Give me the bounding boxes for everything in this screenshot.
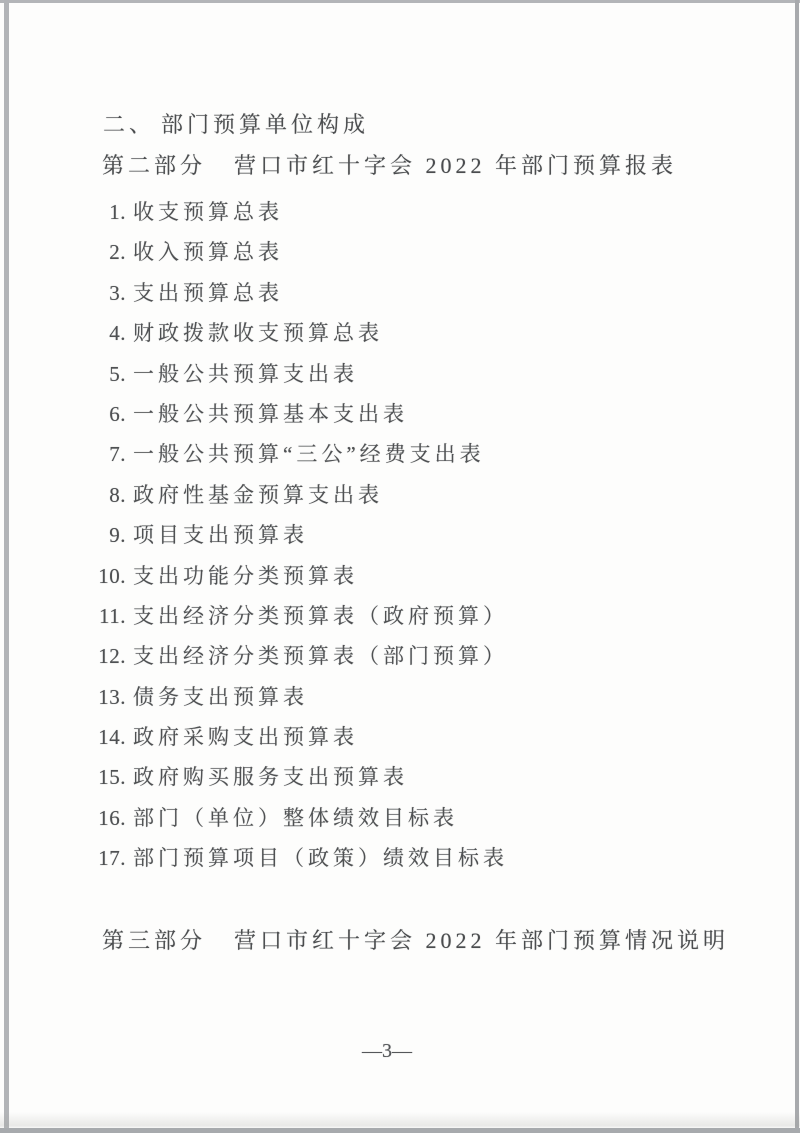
list-item-label: 支出经济分类预算表（政府预算） (133, 596, 508, 636)
part2-title: 营口市红十字会 2022 年部门预算报表 (234, 153, 677, 178)
list-item: 11.支出经济分类预算表（政府预算） (82, 596, 508, 636)
list-item-number: 2. (82, 232, 126, 272)
list-item-number: 5. (82, 354, 126, 394)
list-item-label: 项目支出预算表 (133, 515, 308, 555)
scan-edge-bottom (0, 1128, 800, 1133)
part2-label: 第二部分 (102, 153, 206, 178)
section-intro-number: 二、 (103, 112, 155, 137)
list-item-number: 11. (82, 596, 126, 636)
list-item: 5.一般公共预算支出表 (82, 354, 508, 394)
list-item: 3.支出预算总表 (82, 273, 508, 313)
list-item: 1.收支预算总表 (82, 192, 508, 232)
list-item: 14.政府采购支出预算表 (82, 717, 508, 757)
list-item-number: 8. (82, 475, 126, 515)
list-item-number: 13. (82, 677, 126, 717)
list-item-label: 一般公共预算支出表 (133, 354, 358, 394)
list-item-label: 一般公共预算“三公”经费支出表 (133, 434, 485, 474)
list-item-number: 7. (82, 434, 126, 474)
list-item-label: 政府采购支出预算表 (133, 717, 358, 757)
list-item-number: 3. (82, 273, 126, 313)
list-item-label: 部门（单位）整体绩效目标表 (133, 798, 458, 838)
list-item-label: 收支预算总表 (133, 192, 283, 232)
list-item-number: 9. (82, 515, 126, 555)
scan-edge-left (4, 0, 9, 1133)
list-item-label: 支出功能分类预算表 (133, 556, 358, 596)
list-item: 7.一般公共预算“三公”经费支出表 (82, 434, 508, 474)
list-item-number: 17. (82, 838, 126, 878)
list-item: 8.政府性基金预算支出表 (82, 475, 508, 515)
list-item-label: 支出经济分类预算表（部门预算） (133, 636, 508, 676)
document-page: 二、部门预算单位构成 第二部分营口市红十字会 2022 年部门预算报表 1.收支… (0, 0, 800, 1133)
list-item-number: 10. (82, 556, 126, 596)
part2-heading: 第二部分营口市红十字会 2022 年部门预算报表 (102, 151, 677, 181)
page-number: —3— (0, 1037, 787, 1065)
list-item-label: 一般公共预算基本支出表 (133, 394, 408, 434)
part3-label: 第三部分 (102, 928, 206, 953)
list-item-label: 财政拨款收支预算总表 (133, 313, 383, 353)
list-item-number: 1. (82, 192, 126, 232)
list-item-number: 12. (82, 636, 126, 676)
list-item: 15.政府购买服务支出预算表 (82, 757, 508, 797)
list-item: 13.债务支出预算表 (82, 677, 508, 717)
table-list: 1.收支预算总表2.收入预算总表3.支出预算总表4.财政拨款收支预算总表5.一般… (82, 192, 508, 879)
list-item-number: 15. (82, 757, 126, 797)
list-item-label: 支出预算总表 (133, 273, 283, 313)
section-intro-text: 部门预算单位构成 (161, 112, 369, 137)
list-item-number: 14. (82, 717, 126, 757)
scan-edge-right (795, 0, 799, 1133)
scan-edge-top (0, 0, 800, 3)
scan-smudge-bottom (0, 1112, 800, 1128)
list-item-number: 6. (82, 394, 126, 434)
list-item: 4.财政拨款收支预算总表 (82, 313, 508, 353)
list-item-label: 政府购买服务支出预算表 (133, 757, 408, 797)
part3-heading: 第三部分营口市红十字会 2022 年部门预算情况说明 (102, 926, 729, 956)
list-item: 9.项目支出预算表 (82, 515, 508, 555)
list-item: 6.一般公共预算基本支出表 (82, 394, 508, 434)
list-item: 16.部门（单位）整体绩效目标表 (82, 798, 508, 838)
part3-title: 营口市红十字会 2022 年部门预算情况说明 (234, 928, 729, 953)
list-item-number: 16. (82, 798, 126, 838)
list-item-label: 政府性基金预算支出表 (133, 475, 383, 515)
list-item: 17.部门预算项目（政策）绩效目标表 (82, 838, 508, 878)
list-item: 10.支出功能分类预算表 (82, 556, 508, 596)
list-item: 12.支出经济分类预算表（部门预算） (82, 636, 508, 676)
list-item-label: 部门预算项目（政策）绩效目标表 (133, 838, 508, 878)
list-item: 2.收入预算总表 (82, 232, 508, 272)
section-intro-heading: 二、部门预算单位构成 (103, 110, 369, 140)
list-item-label: 收入预算总表 (133, 232, 283, 272)
list-item-number: 4. (82, 313, 126, 353)
list-item-label: 债务支出预算表 (133, 677, 308, 717)
